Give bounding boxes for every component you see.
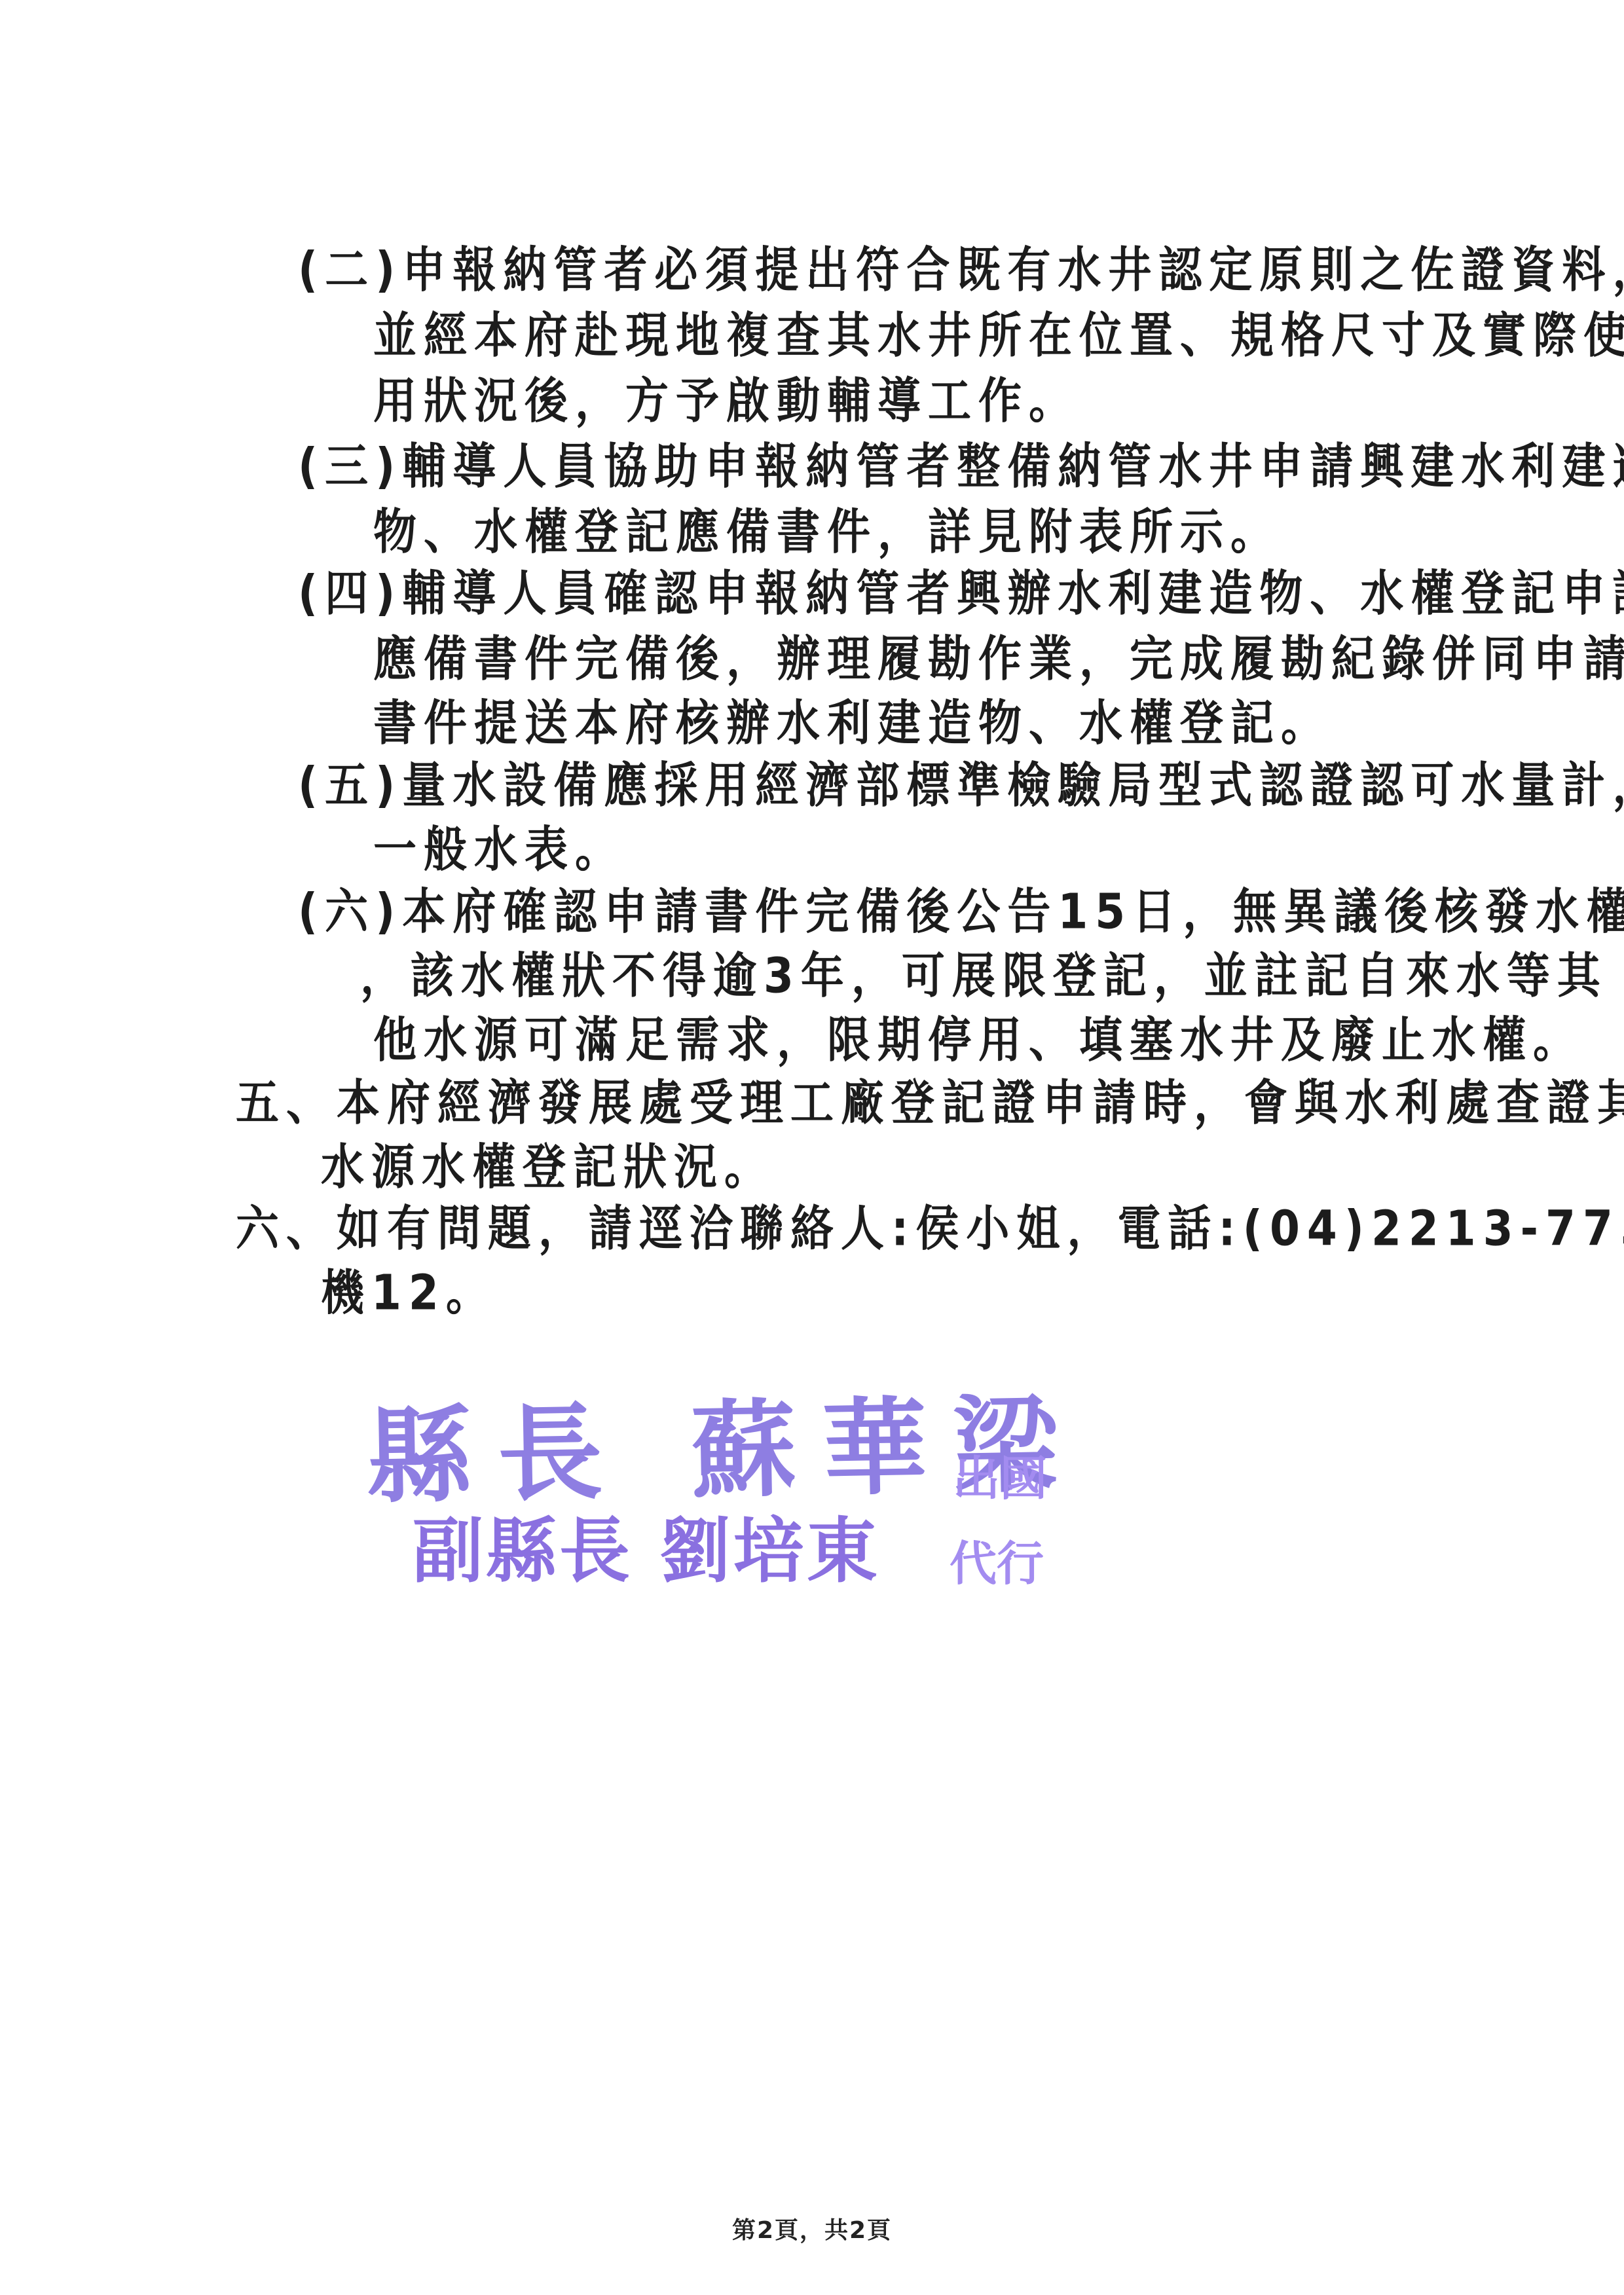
clause-2-line-2: 並經本府赴現地複查其水井所在位置、規格尺寸及實際使 [373, 306, 1624, 365]
clause-3-line-2: 物、水權登記應備書件，詳見附表所示。 [373, 503, 1281, 562]
item-6-line-1: 六、如有問題，請逕洽聯絡人:侯小姐，電話:(04)2213-7753，分 [236, 1200, 1624, 1258]
clause-6-line-1: (六)本府確認申請書件完備後公告15日，無異議後核發水權狀 [298, 883, 1624, 942]
clause-2-line-3: 用狀況後，方予啟動輔導工作。 [373, 372, 1079, 431]
clause-5-line-1: (五)量水設備應採用經濟部標準檢驗局型式認證認可水量計， [298, 756, 1624, 815]
clause-2-line-1: (二)申報納管者必須提出符合既有水井認定原則之佐證資料， [298, 241, 1624, 300]
item-5-line-2: 水源水權登記狀況。 [321, 1138, 775, 1197]
clause-6-line-2: ，該水權狀不得逾3年，可展限登記，並註記自來水等其 [360, 947, 1608, 1006]
clause-4-line-2: 應備書件完備後，辦理履勘作業，完成履勘紀錄併同申請 [373, 630, 1624, 689]
item-6-line-2: 機12。 [321, 1264, 496, 1323]
clause-4-line-1: (四)輔導人員確認申報納管者興辦水利建造物、水權登記申請 [298, 564, 1624, 623]
deputy-acting-note: 代行 [950, 1526, 1044, 1594]
magistrate-abroad-note: 出國 [953, 1441, 1047, 1509]
clause-6-line-3: 他水源可滿足需求，限期停用、填塞水井及廢止水權。 [373, 1011, 1583, 1070]
document-page: (二)申報納管者必須提出符合既有水井認定原則之佐證資料， 並經本府赴現地複查其水… [0, 0, 1624, 2295]
item-5-line-1: 五、本府經濟發展處受理工廠登記證申請時，會與水利處查證其 [236, 1074, 1624, 1133]
page-number: 第2頁，共2頁 [0, 2212, 1624, 2245]
clause-5-line-2: 一般水表。 [373, 820, 625, 879]
deputy-signature-stamp: 副縣長 劉培東 [413, 1513, 880, 1591]
clause-4-line-3: 書件提送本府核辦水利建造物、水權登記。 [373, 694, 1331, 753]
clause-3-line-1: (三)輔導人員協助申報納管者整備納管水井申請興建水利建造 [298, 437, 1624, 496]
